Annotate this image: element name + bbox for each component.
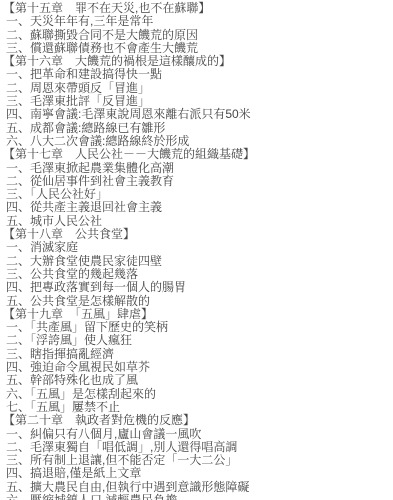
table-of-contents: 【第十五章 罪不在天災,也不在蘇聯】一、天災年年有,三年是常年二、蘇聯撕毀合同不… — [0, 0, 393, 500]
toc-item: 五、成都會議:總路線已有雛形 — [6, 122, 393, 135]
toc-item: 五、擴大農民自由,但執行中遇到意識形態障礙 — [6, 481, 393, 494]
toc-item: 一、毛澤東掀起農業集體化高潮 — [6, 162, 393, 175]
chapter-heading: 【第二十章 執政者對危機的反應】 — [3, 414, 393, 427]
toc-item: 二、大辦食堂使農民家徒四壁 — [6, 255, 393, 268]
toc-item-partial: 六、壓縮城鎮人口,減輕農民負擔 — [6, 494, 393, 500]
toc-item: 五、幹部特殊化也成了風 — [6, 374, 393, 387]
toc-item: 一、糾偏只有八個月,廬山會議一風吹 — [6, 428, 393, 441]
toc-item: 二、蘇聯撕毀合同不是大饑荒的原因 — [6, 29, 393, 42]
toc-item: 二、「浮誇風」使人瘋狂 — [6, 334, 393, 347]
toc-item: 六、「五風」是怎樣刮起來的 — [6, 388, 393, 401]
toc-item: 五、公共食堂是怎樣解散的 — [6, 295, 393, 308]
toc-item: 一、把革命和建設搞得快一點 — [6, 68, 393, 81]
toc-item: 四、把專政落實到每一個人的腸胃 — [6, 281, 393, 294]
toc-item: 一、消滅家庭 — [6, 241, 393, 254]
toc-item: 四、從共產主義退回社會主義 — [6, 201, 393, 214]
toc-item: 四、搞退賠,僅是紙上文章 — [6, 467, 393, 480]
chapter-heading: 【第十七章 人民公社－－大饑荒的組織基礎】 — [3, 148, 393, 161]
toc-item: 一、天災年年有,三年是常年 — [6, 15, 393, 28]
toc-item: 四、南寧會議:毛澤東說周恩來離右派只有50米 — [6, 108, 393, 121]
